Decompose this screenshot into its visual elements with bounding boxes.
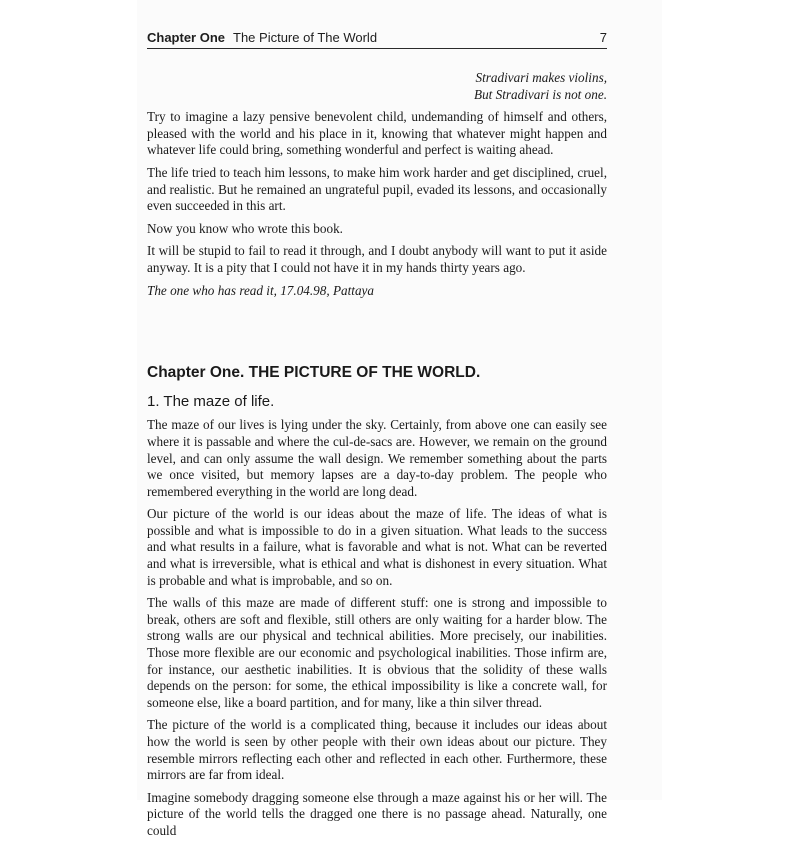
preface-paragraph: It will be stupid to fail to read it thr… xyxy=(147,243,607,276)
preface-paragraph: Now you know who wrote this book. xyxy=(147,221,607,238)
body-paragraph: The maze of our lives is lying under the… xyxy=(147,417,607,500)
body-paragraph: The picture of the world is a complicate… xyxy=(147,717,607,783)
book-page: Chapter OneThe Picture of The World 7 St… xyxy=(137,0,662,800)
preface-signature: The one who has read it, 17.04.98, Patta… xyxy=(147,283,607,300)
epigraph-line-1: Stradivari makes violins, xyxy=(147,70,607,87)
running-head: Chapter OneThe Picture of The World 7 xyxy=(147,30,607,49)
running-head-chapter: Chapter One xyxy=(147,30,225,45)
body-paragraph: The walls of this maze are made of diffe… xyxy=(147,595,607,711)
page-number: 7 xyxy=(600,30,607,46)
epigraph: Stradivari makes violins, But Stradivari… xyxy=(147,70,607,103)
chapter-title: Chapter One. THE PICTURE OF THE WORLD. xyxy=(147,365,607,382)
section-title: 1. The maze of life. xyxy=(147,394,607,411)
epigraph-line-2: But Stradivari is not one. xyxy=(147,87,607,104)
body-paragraph: Our picture of the world is our ideas ab… xyxy=(147,506,607,589)
preface-paragraph: Try to imagine a lazy pensive benevolent… xyxy=(147,109,607,159)
preface-paragraph: The life tried to teach him lessons, to … xyxy=(147,165,607,215)
page-body: Stradivari makes violins, But Stradivari… xyxy=(147,70,607,800)
body-paragraph: Imagine somebody dragging someone else t… xyxy=(147,790,607,800)
running-head-title: The Picture of The World xyxy=(233,30,377,45)
